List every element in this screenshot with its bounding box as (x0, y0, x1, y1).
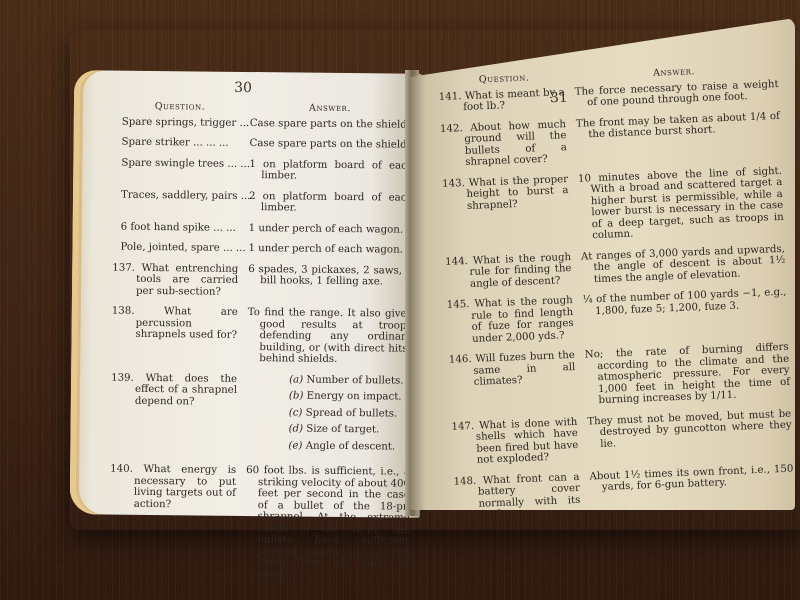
question-text: Spare swingle trees ... ... (113, 157, 245, 181)
answer-text: 6 spades, 3 pickaxes, 2 saws, 3 bill hoo… (244, 263, 412, 299)
question-text: 6 foot hand spike ... ... (113, 221, 245, 234)
question-cell: 137. What entrenching tools are carried … (112, 262, 244, 298)
factor-text: Size of target. (306, 424, 379, 436)
question-number: 140. (110, 464, 133, 475)
question-cell: 140. What energy is necessary to put liv… (109, 464, 242, 580)
question-text: Spare striker ... ... ... (114, 137, 246, 150)
question-text: What is the rough rule to find length of… (471, 295, 574, 344)
question-number: 146. (449, 354, 472, 366)
answer-text: 10 minutes above the line of sight. With… (574, 165, 784, 242)
factor-text: Number of bullets. (306, 374, 403, 386)
question-number: 147. (451, 420, 474, 432)
column-headers: Question. Answer. (114, 101, 414, 116)
factor-item: (e) Angle of descent. (288, 440, 410, 453)
factor-marker: (e) (288, 440, 302, 451)
question-text: What are percussion shrapnels used for? (136, 306, 238, 341)
question-cell: 139. What does the effect of a shrapnel … (110, 372, 243, 456)
question-number: 141. (439, 91, 462, 103)
question-number: 149. (455, 530, 478, 542)
qa-row: 148. What front can a battery cover norm… (453, 463, 795, 522)
answer-text: At ranges under 1,500 yards on the level… (587, 518, 797, 583)
question-header: Question. (438, 71, 570, 88)
question-number: 142. (440, 123, 463, 135)
question-cell: 148. What front can a battery cover norm… (453, 471, 587, 522)
factor-item: (b) Energy on impact. (289, 390, 411, 403)
question-cell: 145. What is the rough rule to find leng… (447, 295, 581, 346)
factor-item: (a) Number of bullets. (289, 374, 411, 387)
question-number: 144. (445, 255, 468, 267)
left-page: 30 Question. Answer. Spare springs, trig… (70, 70, 425, 518)
question-number: 139. (111, 372, 134, 383)
question-text: What does the effect of a shrapnel depen… (135, 372, 237, 407)
answer-text: ¼ of the number of 100 yards −1, e.g., 1… (579, 287, 789, 341)
left-qa-table: Question. Answer. Spare springs, trigger… (109, 101, 414, 591)
question-text: About how much ground will the bullets o… (464, 119, 567, 168)
answer-header: Answer. (246, 102, 414, 115)
question-text: Traces, saddlery, pairs ... (113, 189, 245, 213)
question-number: 145. (447, 299, 470, 311)
question-text: What front can a battery cover normally … (478, 471, 581, 520)
answer-text: 60 foot lbs. is sufficient, i.e., a stri… (241, 465, 410, 582)
question-text: Pole, jointed, spare ... ... (112, 242, 244, 255)
question-number: 138. (112, 306, 135, 317)
question-number: 148. (453, 475, 476, 487)
question-text: Spare springs, trigger ... (114, 116, 246, 129)
answer-text: About 1½ times its own front, i.e., 150 … (585, 463, 795, 517)
question-text: Will fuzes burn the same in all climates… (473, 350, 575, 388)
page-number: 30 (234, 80, 252, 96)
factor-marker: (b) (289, 390, 304, 401)
question-number: 143. (442, 178, 465, 190)
answer-text: Case spare parts on the shield. (246, 138, 414, 151)
answer-text: 1 under perch of each wagon. (245, 222, 413, 235)
factor-text: Energy on impact. (307, 391, 402, 403)
answer-text: The front may be taken as about 1/4 of t… (572, 110, 782, 164)
qa-row: 140. What energy is necessary to put liv… (109, 464, 410, 582)
question-text: What is done with shells which have been… (476, 416, 579, 465)
answer-text: The force necessary to raise a weight of… (570, 78, 779, 109)
question-text: What is the proper height to burst a shr… (466, 174, 568, 212)
question-cell: 147. What is done with shells which have… (451, 416, 585, 467)
factor-list: (a) Number of bullets. (b) Energy on imp… (288, 374, 411, 453)
qa-row: Spare springs, trigger ... Case spare pa… (114, 116, 414, 131)
answer-cell: (a) Number of bullets. (b) Energy on imp… (242, 373, 411, 457)
qa-row: 142. About how much ground will the bull… (440, 110, 782, 169)
qa-row: Traces, saddlery, pairs ... 2 on platfor… (113, 189, 413, 215)
qa-row: Spare swingle trees ... ... 1 on platfor… (113, 157, 413, 183)
answer-text: 2 on platform board of each limber. (245, 190, 413, 215)
answer-text: Case spare parts on the shield. (246, 117, 414, 130)
answer-text: At ranges of 3,000 yards and upwards, th… (577, 243, 786, 285)
question-cell: 142. About how much ground will the bull… (440, 118, 574, 169)
qa-row: 139. What does the effect of a shrapnel … (110, 372, 411, 458)
factor-item: (d) Size of target. (289, 423, 411, 436)
question-cell: 143. What is the proper height to burst … (442, 173, 577, 247)
right-qa-table: Question. Answer. 141. What is meant by … (438, 63, 798, 598)
factor-marker: (d) (289, 423, 304, 434)
answer-text: 1 under perch of each wagon. (244, 243, 412, 256)
qa-row: 144. What is the rough rule for finding … (445, 243, 786, 291)
question-text: What is the rough rule for finding the a… (469, 252, 571, 290)
qa-row: 138. What are percussion shrapnels used … (111, 306, 412, 367)
factor-text: Angle of descent. (306, 440, 396, 452)
answer-text: No; the rate of burning differs accordin… (581, 342, 791, 407)
question-cell: 141. What is meant by a foot lb.? (439, 86, 572, 114)
qa-row: 145. What is the rough rule to find leng… (447, 287, 789, 346)
question-number: 137. (112, 262, 135, 273)
question-header: Question. (114, 101, 246, 114)
question-text: What entrenching tools are carried per s… (136, 262, 238, 297)
answer-text: They must not be moved, but must be dest… (583, 408, 793, 462)
right-page: 31 Question. Answer. 141. What is meant … (410, 18, 795, 510)
factor-marker: (c) (289, 407, 303, 418)
qa-row: 146. Will fuzes burn the same in all cli… (449, 342, 791, 413)
answer-text: 1 on platform board of each limber. (245, 158, 413, 183)
question-cell: 144. What is the rough rule for finding … (445, 251, 578, 291)
qa-row: 6 foot hand spike ... ... 1 under perch … (113, 221, 413, 236)
answer-text: To find the range. It also gives good re… (243, 307, 412, 366)
qa-row: 137. What entrenching tools are carried … (112, 262, 412, 300)
qa-row: 149. At what ranges can artillery fire w… (455, 518, 797, 589)
factor-item: (c) Spread of bullets. (289, 407, 411, 420)
qa-row: 143. What is the proper height to burst … (442, 165, 784, 247)
factor-text: Spread of bullets. (306, 407, 398, 419)
question-cell: 138. What are percussion shrapnels used … (111, 306, 244, 365)
question-cell: 149. At what ranges can artillery fire w… (455, 526, 589, 589)
question-text: At what ranges can artillery fire with s… (480, 526, 583, 587)
factor-marker: (a) (289, 374, 303, 385)
qa-row: 147. What is done with shells which have… (451, 408, 793, 467)
qa-row: Pole, jointed, spare ... ... 1 under per… (112, 242, 412, 257)
question-text: What is meant by a foot lb.? (463, 87, 565, 113)
qa-row: Spare striker ... ... ... Case spare par… (114, 137, 414, 152)
question-cell: 146. Will fuzes burn the same in all cli… (449, 350, 583, 413)
question-text: What energy is necessary to put living t… (134, 464, 236, 510)
